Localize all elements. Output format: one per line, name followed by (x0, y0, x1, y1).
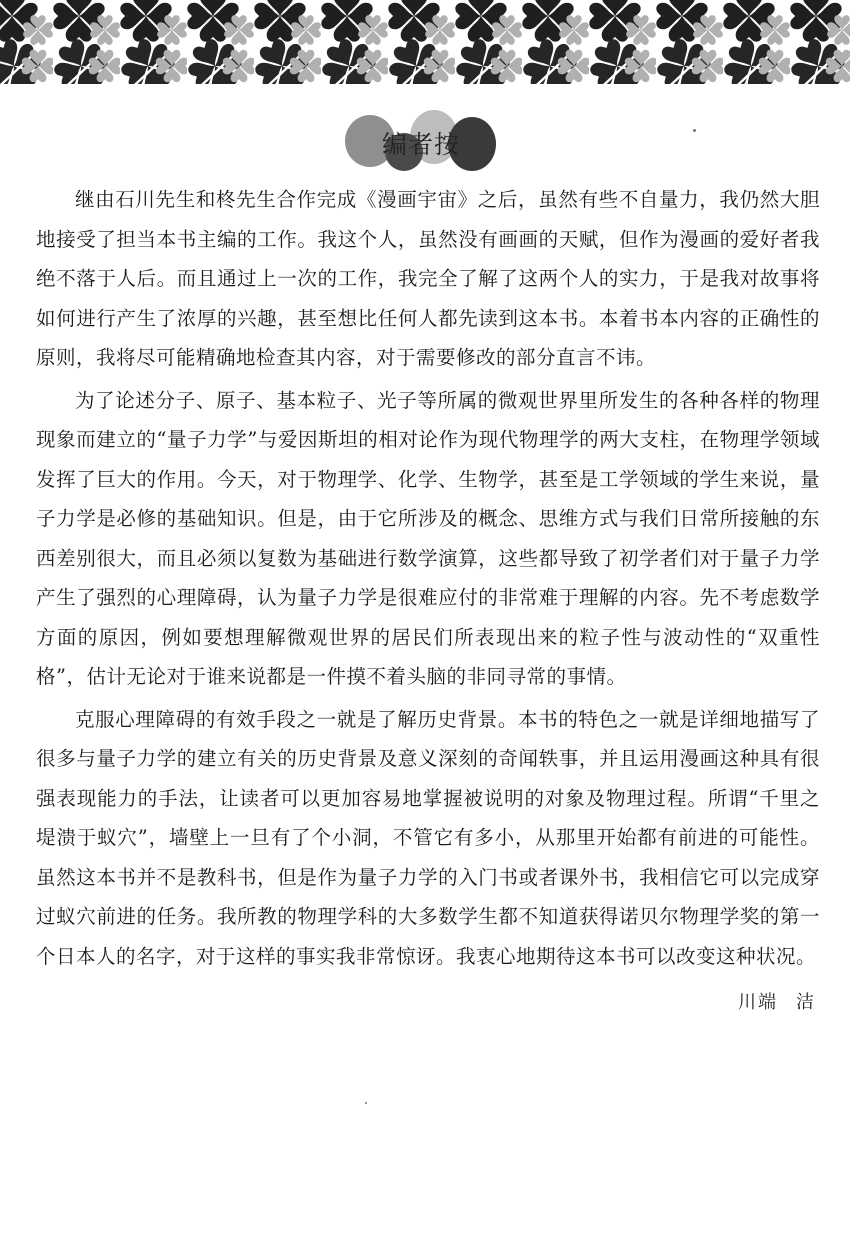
paragraph: 为了论述分子、原子、基本粒子、光子等所属的微观世界里所发生的各种各样的物理现象而… (36, 381, 820, 697)
clover-pattern-icon (0, 0, 850, 88)
scan-speck (693, 129, 696, 132)
author-signature: 川端洁 (738, 988, 816, 1014)
paragraph: 克服心理障碍的有效手段之一就是了解历史背景。本书的特色之一就是详细地描写了很多与… (36, 700, 820, 977)
editor-note-body: 继由石川先生和柊先生合作完成《漫画宇宙》之后，虽然有些不自量力，我仍然大胆地接受… (36, 180, 820, 976)
editor-note-emblem: 编者按 (340, 105, 505, 177)
clover-banner (0, 0, 850, 88)
author-given-name: 洁 (796, 992, 816, 1013)
paragraph: 继由石川先生和柊先生合作完成《漫画宇宙》之后，虽然有些不自量力，我仍然大胆地接受… (36, 180, 820, 378)
scan-speck (365, 1102, 367, 1104)
page-title: 编者按 (382, 125, 460, 161)
author-surname: 川端 (738, 992, 778, 1013)
